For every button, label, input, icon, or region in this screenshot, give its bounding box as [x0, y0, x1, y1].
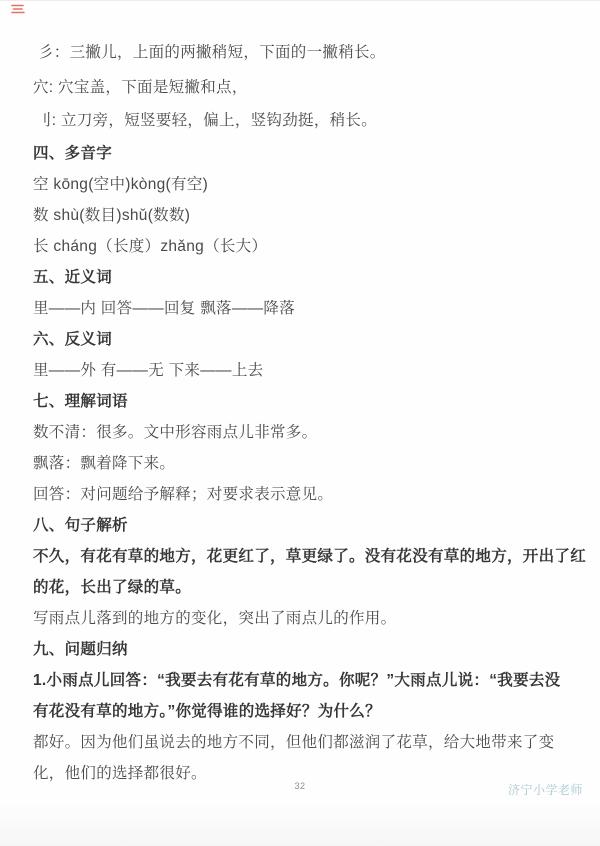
document-body: 彡：三撇儿，上面的两撇稍短，下面的一撇稍长。穴: 穴宝盖，下面是短撇和点，刂: …	[0, 0, 600, 789]
section-heading: 七、理解词语	[33, 386, 572, 417]
text-line: 写雨点儿落到的地方的变化，突出了雨点儿的作用。	[33, 603, 572, 634]
section-heading: 六、反义词	[33, 324, 572, 355]
bold-text-line: 有花没有草的地方。”你觉得谁的选择好？为什么？	[33, 696, 572, 727]
text-line: 数 shù(数目)shǔ(数数)	[33, 200, 572, 231]
text-line: 长 cháng（长度）zhǎng（长大）	[33, 231, 572, 262]
text-line: 都好。因为他们虽说去的地方不同，但他们都滋润了花草，给大地带来了变	[33, 727, 572, 758]
text-line: 数不清：很多。文中形容雨点儿非常多。	[33, 417, 572, 448]
text-line: 里——外 有——无 下来——上去	[33, 355, 572, 386]
bold-text-line: 1.小雨点儿回答：“我要去有花有草的地方。你呢？”大雨点儿说：“我要去没	[33, 665, 572, 696]
bold-text-line: 不久，有花有草的地方，花更红了，草更绿了。没有花没有草的地方，开出了红	[33, 541, 572, 572]
text-line: 空 kōng(空中)kòng(有空)	[33, 169, 572, 200]
section-heading: 八、句子解析	[33, 510, 572, 541]
text-line: 回答：对问题给予解释；对要求表示意见。	[33, 479, 572, 510]
text-line: 穴: 穴宝盖，下面是短撇和点，	[33, 72, 572, 103]
bold-text-line: 的花，长出了绿的草。	[33, 572, 572, 603]
document-page: 彡：三撇儿，上面的两撇稍短，下面的一撇稍长。穴: 穴宝盖，下面是短撇和点，刂: …	[0, 0, 600, 846]
text-line: 飘落：飘着降下来。	[33, 448, 572, 479]
bottom-shade	[0, 802, 600, 846]
text-line: 刂: 立刀旁，短竖要轻，偏上，竖钩劲挺，稍长。	[33, 105, 572, 136]
section-heading: 四、多音字	[33, 138, 572, 169]
text-line: 里——内 回答——回复 飘落——降落	[33, 293, 572, 324]
watermark-text: 济宁小学老师	[508, 781, 583, 798]
section-heading: 五、近义词	[33, 262, 572, 293]
section-heading: 九、问题归纳	[33, 634, 572, 665]
text-line: 彡：三撇儿，上面的两撇稍短，下面的一撇稍长。	[33, 37, 572, 68]
